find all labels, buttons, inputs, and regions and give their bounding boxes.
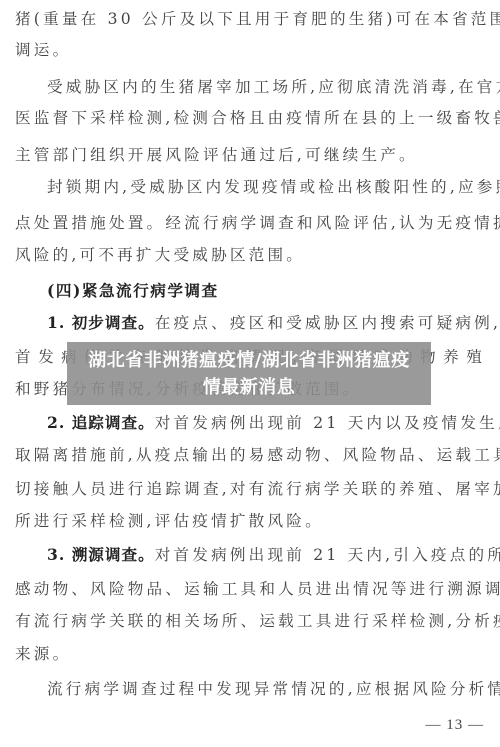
numbered-item-lead: 2. 追踪调查。 [47,413,155,432]
numbered-item-text: 对首发病例出现前 21 天内以及疫情发生后采 [155,414,500,432]
paragraph-line: 风险的,可不再扩大受威胁区范围。 [15,245,485,265]
overlay-title: 湖北省非洲猪瘟疫情/湖北省非洲猪瘟疫情最新消息 [79,347,419,401]
numbered-item-text: 对首发病例出现前 21 天内,引入疫点的所有易 [155,546,500,564]
paragraph-line: 有流行病学关联的相关场所、运载工具进行采样检测,分析疫情 [15,611,485,631]
numbered-item-text: 在疫点、疫区和受威胁区内搜索可疑病例,寻找 [155,314,500,332]
paragraph-line: 感动物、风险物品、运输工具和人员进出情况等进行溯源调查,对 [15,579,485,599]
paragraph-line: 主管部门组织开展风险评估通过后,可继续生产。 [15,145,485,165]
numbered-item-lead: 1. 初步调查。 [47,313,155,332]
page-number: — 13 — [426,717,485,734]
paragraph-line: 医监督下采样检测,检测合格且由疫情所在县的上一级畜牧兽医 [15,108,485,128]
section-heading: (四)紧急流行病学调查 [47,281,219,301]
paragraph-line: 取隔离措施前,从疫点输出的易感动物、风险物品、运载工具及密 [15,445,485,465]
paragraph-line: 调运。 [15,40,485,60]
paragraph-line: 受威胁区内的生猪屠宰加工场所,应彻底清洗消毒,在官方兽 [47,77,485,97]
paragraph-line: 点处置措施处置。经流行病学调查和风险评估,认为无疫情扩散 [15,213,485,233]
numbered-item-first-line: 3. 溯源调查。对首发病例出现前 21 天内,引入疫点的所有易 [47,545,485,565]
paragraph-line: 猪(重量在 30 公斤及以下且用于育肥的生猪)可在本省范围内 [15,9,485,29]
paragraph-line: 流行病学调查过程中发现异常情况的,应根据风险分析情况 [47,679,485,699]
title-overlay-banner: 湖北省非洲猪瘟疫情/湖北省非洲猪瘟疫情最新消息 [67,342,431,405]
paragraph-line: 来源。 [15,644,485,664]
document-page: 猪(重量在 30 公斤及以下且用于育肥的生猪)可在本省范围内调运。受威胁区内的生… [0,0,500,747]
numbered-item-lead: 3. 溯源调查。 [47,545,155,564]
numbered-item-first-line: 1. 初步调查。在疫点、疫区和受威胁区内搜索可疑病例,寻找 [47,313,485,333]
paragraph-line: 切接触人员进行追踪调查,对有流行病学关联的养殖、屠宰加工场 [15,479,485,499]
numbered-item-first-line: 2. 追踪调查。对首发病例出现前 21 天内以及疫情发生后采 [47,413,485,433]
paragraph-line: 所进行采样检测,评估疫情扩散风险。 [15,511,485,531]
paragraph-line: 封锁期内,受威胁区内发现疫情或检出核酸阳性的,应参照疫 [47,177,485,197]
